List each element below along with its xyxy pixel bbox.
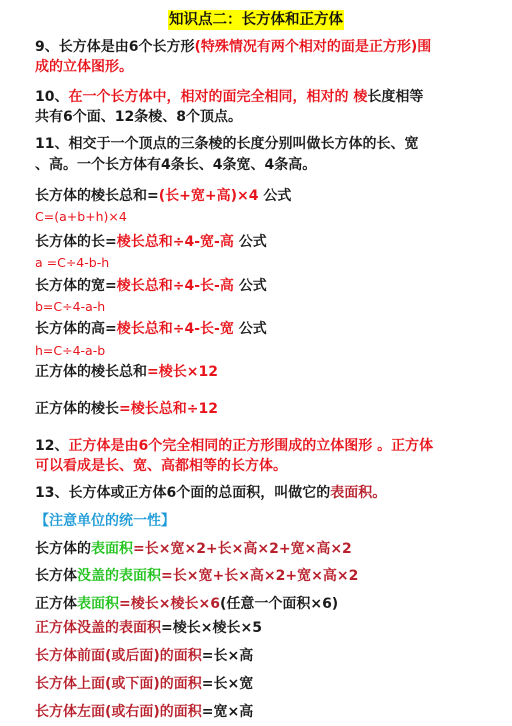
surface-expr: =棱长×棱长×6 [119,596,220,612]
point-12-line-1: 12、正方体是由6个完全相同的正方形围成的立体图形 。正方体 [35,437,433,455]
formula-label: 长方体的宽= [35,278,117,294]
point-9-line-1: 9、长方体是由6个长方形(特殊情况有两个相对的面是正方形)围 [35,38,431,56]
point-12-highlight: 正方体是由6个完全相同的正方形围成的立体图形 。正方体 [68,438,433,454]
face-expr: =棱长×棱长×5 [161,620,262,636]
face-expr: =长×宽 [202,676,253,692]
point-13-text: 13、长方体或正方体6个面的总面积，叫做它的 [35,485,330,501]
surface-term: 没盖的表面积 [77,568,161,584]
point-12-number: 12、 [35,438,68,454]
formula-suffix: 公式 [234,278,267,294]
cube-edge: 正方体的棱长=棱长总和÷12 [35,400,218,418]
face-label: 长方体前面(或后面)的面积 [35,648,202,664]
surface-term: 表面积 [91,541,133,557]
document-page: 知识点二：长方体和正方体 9、长方体是由6个长方形(特殊情况有两个相对的面是正方… [0,0,512,726]
formula-edge-sum-symbolic: C=(a+b+h)×4 [35,208,127,226]
point-10-number: 10、 [35,89,68,105]
formula-edge-sum: 长方体的棱长总和=(长+宽+高)×4 公式 [35,187,291,205]
point-10-text: 长度相等 [367,89,423,105]
section-title: 知识点二：长方体和正方体 [168,10,344,30]
top-face-area: 长方体上面(或下面)的面积=长×宽 [35,675,253,693]
surface-label: 长方体 [35,568,77,584]
face-label: 长方体上面(或下面)的面积 [35,676,202,692]
formula-expr: 棱长总和÷4-长-高 [117,278,234,294]
cube-edge-sum: 正方体的棱长总和=棱长×12 [35,363,218,381]
surface-label: 正方体 [35,596,77,612]
point-11-line-1: 11、相交于一个顶点的三条棱的长度分别叫做长方体的长、宽 [35,135,418,153]
formula-suffix: 公式 [234,321,267,337]
cube-edge-sum-expr: =棱长×12 [147,364,218,380]
point-9-line-2: 成的立体图形。 [35,58,133,76]
face-expr: =宽×高 [202,704,253,720]
surface-expr: =长×宽×2+长×高×2+宽×高×2 [133,541,352,557]
point-10-line-2: 共有6个面、12条棱、8个顶点。 [35,108,242,126]
cube-edge-sum-label: 正方体的棱长总和 [35,364,147,380]
formula-label: 长方体的高= [35,321,117,337]
formula-length-symbolic: a =C÷4-b-h [35,254,109,272]
surface-area-cuboid: 长方体的表面积=长×宽×2+长×高×2+宽×高×2 [35,540,352,558]
point-9-text: 9、长方体是由6个长方形 [35,39,194,55]
formula-suffix: 公式 [234,234,267,250]
front-face-area: 长方体前面(或后面)的面积=长×高 [35,647,253,665]
point-13-highlight: 表面积。 [330,485,386,501]
cube-no-lid-area: 正方体没盖的表面积=棱长×棱长×5 [35,619,262,637]
formula-suffix: 公式 [258,188,291,204]
face-expr: =长×高 [202,648,253,664]
surface-term: 表面积 [77,596,119,612]
cube-edge-label: 正方体的棱长 [35,401,119,417]
surface-area-cuboid-no-lid: 长方体没盖的表面积=长×宽+长×高×2+宽×高×2 [35,567,358,585]
unit-consistency-note: 【注意单位的统一性】 [35,512,175,530]
surface-label: 长方体的 [35,541,91,557]
point-13: 13、长方体或正方体6个面的总面积，叫做它的表面积。 [35,484,386,502]
formula-width-symbolic: b=C÷4-a-h [35,298,105,316]
point-10-highlight: 在一个长方体中，相对的面完全相同，相对的 棱 [68,89,367,105]
face-label: 长方体左面(或右面)的面积 [35,704,202,720]
point-11-line-2: 、高。一个长方体有4条长、4条宽、4条高。 [35,156,316,174]
surface-area-cube: 正方体表面积=棱长×棱长×6(任意一个面积×6) [35,595,338,613]
cube-edge-expr: =棱长总和÷12 [119,401,218,417]
point-12-line-2: 可以看成是长、宽、高都相等的长方体。 [35,457,287,475]
formula-length: 长方体的长=棱长总和÷4-宽-高 公式 [35,233,267,251]
section-title-wrap: 知识点二：长方体和正方体 [0,9,512,30]
formula-width: 长方体的宽=棱长总和÷4-长-高 公式 [35,277,267,295]
formula-expr: (长+宽+高)×4 [159,188,259,204]
surface-expr: =长×宽+长×高×2+宽×高×2 [161,568,358,584]
surface-note: (任意一个面积×6) [220,596,338,612]
formula-expr: 棱长总和÷4-长-宽 [117,321,234,337]
formula-label: 长方体的长= [35,234,117,250]
face-label: 正方体没盖的表面积 [35,620,161,636]
formula-height-symbolic: h=C÷4-a-b [35,342,105,360]
formula-expr: 棱长总和÷4-宽-高 [117,234,234,250]
side-face-area: 长方体左面(或右面)的面积=宽×高 [35,703,253,721]
formula-label: 长方体的棱长总和= [35,188,159,204]
point-9-highlight: (特殊情况有两个相对的面是正方形)围 [194,39,431,55]
formula-height: 长方体的高=棱长总和÷4-长-宽 公式 [35,320,267,338]
point-10-line-1: 10、在一个长方体中，相对的面完全相同，相对的 棱长度相等 [35,88,423,106]
